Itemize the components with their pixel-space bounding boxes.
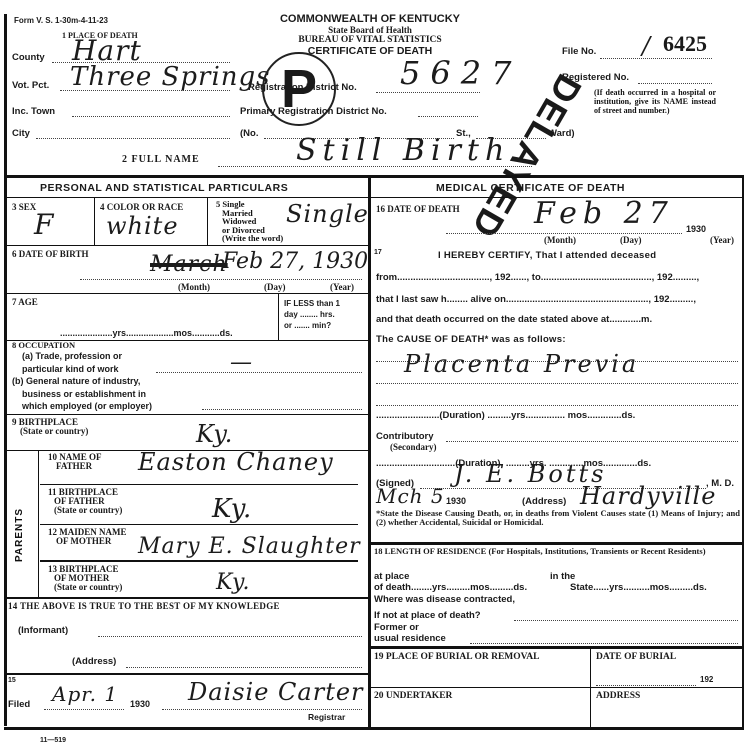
primary-registration-field [418, 115, 478, 117]
filed-label: Filed [8, 699, 30, 710]
alive-on-field: ........................................… [506, 294, 654, 305]
filed-date-field [44, 708, 124, 710]
if-not-label: If not at place of death? [374, 610, 481, 621]
row-rule-1 [7, 245, 368, 246]
burial-date-label: DATE OF BURIAL [596, 652, 676, 662]
birthplace-value: Ky. [196, 420, 233, 448]
signed-year: 1930 [446, 496, 466, 506]
sex-value: F [34, 208, 54, 241]
color-label: 4 COLOR OR RACE [100, 202, 183, 212]
age-mos-label: mos. [174, 328, 195, 338]
duration-label-1: (Duration) [439, 410, 484, 421]
undertaker-address-label: ADDRESS [596, 691, 640, 701]
certify-text: I HEREBY CERTIFY, That I attended deceas… [438, 250, 656, 261]
footer-code: 11—519 [40, 737, 66, 744]
dob-value: Feb 27, 1930 [222, 249, 368, 274]
medical-address-value: Hardyville [580, 482, 716, 510]
county-label: County [12, 52, 45, 63]
registrar-name: Daisie Carter [188, 678, 364, 706]
from-field: ..................................., [397, 272, 495, 283]
residence-bottom-rule [371, 646, 742, 649]
mother-name-label-2: OF MOTHER [48, 537, 127, 546]
commonwealth-title: COMMONWEALTH OF KENTUCKY [240, 13, 500, 25]
right-border [742, 175, 744, 730]
informant-address-label: (Address) [72, 656, 116, 667]
occurred-row: and that death occurred on the date stat… [376, 314, 652, 325]
burial-year: 192 [700, 675, 713, 684]
marital-label-write: (Write the word) [216, 234, 283, 243]
left-border [4, 14, 7, 726]
age-divider [278, 294, 279, 340]
dob-month-label: (Month) [178, 282, 210, 292]
file-no-value: 6425 [663, 31, 707, 57]
burial-date-field [596, 684, 696, 686]
state-row: State......yrs..........mos.........ds. [570, 582, 707, 593]
medical-bottom-rule [371, 542, 742, 545]
alive-year-field: ........., [670, 294, 696, 305]
sex-label: 3 SEX [12, 202, 36, 212]
medical-address-label: (Address) [522, 496, 566, 507]
mother-birthplace-label: 13 BIRTHPLACE OF MOTHER (State or countr… [48, 565, 122, 592]
last-saw-label: that I last saw h [376, 294, 447, 305]
occurred-time-field: ............ [609, 314, 641, 325]
contributory-field [446, 440, 738, 442]
date-of-death-value: Feb 27 [534, 196, 674, 231]
age-label: 7 AGE [12, 297, 38, 307]
duration-ds-label-2: ds. [637, 458, 651, 469]
p-stamp: P [262, 52, 336, 126]
duration-field-1: ........................ [376, 410, 439, 421]
bureau-title: BUREAU OF VITAL STATISTICS [240, 35, 500, 45]
from-label: from [376, 272, 397, 283]
cause-field-3 [376, 404, 738, 406]
father-name-label: 10 NAME OF FATHER [48, 453, 102, 471]
age-ds-field: .......... [195, 328, 220, 338]
duration-field-2: .............................. [376, 458, 455, 469]
duration-row-1: ........................(Duration) .....… [376, 410, 635, 421]
full-name-value: Still Birth [296, 133, 510, 168]
occupation-a-field [156, 371, 362, 373]
filed-number: 15 [8, 677, 16, 684]
duration-mos-field-1: .............. [528, 410, 568, 421]
duration-ds-field-2: ............ [606, 458, 638, 469]
last-saw-row: that I last saw h........ alive on......… [376, 294, 696, 305]
marital-value: Single [286, 200, 369, 228]
occupation-a-line-2: particular kind of work [12, 363, 152, 376]
from-year: 192 [495, 272, 511, 283]
from-year-field: ......, [511, 272, 532, 283]
city-field [36, 137, 230, 139]
duration-yrs-label-1: yrs. [511, 410, 528, 421]
informant-address-field [126, 666, 362, 668]
mother-name-label: 12 MAIDEN NAME OF MOTHER [48, 528, 127, 546]
vot-pct-value: Three Springs [70, 62, 270, 92]
occurred-label: and that death occurred on the date stat… [376, 314, 609, 325]
parents-label: PARENTS [14, 508, 25, 562]
form-number: Form V. S. 1-30m-4-11-23 [14, 16, 108, 25]
dob-label: 6 DATE OF BIRTH [12, 249, 88, 259]
age-mos-field: .................. [129, 328, 174, 338]
death-year-label: (Year) [710, 235, 734, 245]
date-of-death-field [446, 232, 682, 234]
no-label: (No. [240, 128, 258, 139]
burial-place-label: 19 PLACE OF BURIAL OR REMOVAL [374, 652, 539, 662]
where-contracted-label: Where was disease contracted, [374, 594, 515, 605]
less-than-label-2: day ........ hrs. [284, 309, 340, 320]
former-label: Former or [374, 622, 419, 633]
duration-yrs-field-1: ......... [485, 410, 511, 421]
inc-town-field [72, 115, 230, 117]
mother-birthplace-label-3: (State or country) [48, 583, 122, 592]
burial-mid-rule [371, 687, 742, 688]
occupation-block: (a) Trade, profession or particular kind… [12, 350, 152, 413]
occupation-b-line-3: which employed (or employer) [12, 400, 152, 413]
hospital-note: (If death occurred in a hospital or inst… [594, 88, 716, 115]
usual-residence-field [470, 642, 738, 644]
attended-from-row: from...................................,… [376, 272, 699, 283]
file-no-field [600, 57, 712, 59]
file-no-check: / [642, 32, 651, 60]
row-rule-4 [7, 414, 368, 415]
cause-field-2 [376, 382, 738, 384]
less-than-label-1: IF LESS than 1 [284, 298, 340, 309]
in-the-label: in the [550, 571, 575, 582]
mother-name-value: Mary E. Slaughter [138, 534, 361, 559]
contributory-label: Contributory [376, 431, 434, 442]
informant-bottom-rule [7, 673, 368, 675]
occupation-a-line-1: (a) Trade, profession or [12, 350, 152, 363]
to-label: to [532, 272, 541, 283]
father-name-value: Easton Chaney [138, 448, 334, 476]
father-birthplace-value: Ky. [212, 494, 252, 524]
occupation-label: 8 OCCUPATION [12, 340, 75, 350]
last-saw-field: ........ [447, 294, 471, 305]
dob-day-label: (Day) [264, 282, 286, 292]
informant-statement: 14 THE ABOVE IS TRUE TO THE BEST OF MY K… [8, 601, 280, 611]
usual-residence-label: usual residence [374, 633, 446, 644]
alive-on-label: alive on [471, 294, 506, 305]
at-place-label: at place [374, 571, 409, 582]
color-value: white [106, 212, 179, 240]
occupation-b-line-2: business or establishment in [12, 388, 152, 401]
death-day-label: (Day) [620, 235, 642, 245]
registrar-field [162, 708, 362, 710]
alive-year: 192 [654, 294, 670, 305]
to-field: ........................................… [541, 272, 657, 283]
age-yrs-label: yrs. [113, 328, 129, 338]
row-rule-2 [7, 293, 368, 294]
parents-rule-1 [40, 484, 358, 485]
filed-year: 1930 [130, 699, 150, 709]
to-year: 192 [657, 272, 673, 283]
date-of-death-year: 1930 [686, 224, 706, 234]
parents-divider [38, 451, 39, 597]
if-not-field [514, 619, 738, 621]
occupation-value: — [230, 350, 253, 375]
occupation-b-line-1: (b) General nature of industry, [12, 375, 152, 388]
state-board: State Board of Health [240, 25, 500, 35]
cause-value: Placenta Previa [404, 350, 639, 378]
dob-struck: March [150, 252, 228, 277]
father-birthplace-label: 11 BIRTHPLACE OF FATHER (State or countr… [48, 488, 122, 515]
header-divider [4, 175, 744, 178]
age-yrs-field: ..................... [60, 328, 113, 338]
residence-label: 18 LENGTH OF RESIDENCE (For Hospitals, I… [374, 546, 740, 557]
of-death-row: of death........yrs.........mos.........… [374, 582, 527, 593]
parents-rule-2 [40, 524, 358, 525]
duration-ds-field-1: ............ [590, 410, 622, 421]
parents-bottom-rule [7, 597, 368, 599]
dob-field [80, 278, 362, 280]
bottom-rule [4, 727, 744, 730]
color-divider [207, 198, 208, 245]
cause-label: The CAUSE OF DEATH* was as follows: [376, 334, 566, 345]
father-name-label-2: FATHER [48, 462, 102, 471]
to-year-field: ........., [673, 272, 699, 283]
registration-district-value: 5627 [400, 54, 521, 92]
dob-year-label: (Year) [330, 282, 354, 292]
duration-ds-label-1: ds. [622, 410, 636, 421]
header-block: COMMONWEALTH OF KENTUCKY State Board of … [240, 13, 500, 57]
informant-label: (Informant) [18, 625, 68, 636]
medical-title: MEDICAL CERTIFICATE OF DEATH [436, 182, 625, 194]
m-label: m. [641, 314, 652, 325]
parents-rule-3 [40, 560, 358, 562]
secondary-label: (Secondary) [390, 442, 437, 452]
undertaker-label: 20 UNDERTAKER [374, 691, 452, 701]
age-fields: .....................yrs................… [60, 328, 233, 338]
registered-no-field [638, 82, 712, 84]
file-no-label: File No. [562, 46, 596, 57]
signed-date: Mch 5 [376, 484, 445, 508]
less-than-block: IF LESS than 1 day ........ hrs. or ....… [284, 298, 340, 331]
registrar-label: Registrar [308, 712, 345, 722]
filed-date: Apr. 1 [52, 682, 118, 706]
birthplace-sub: (State or country) [20, 426, 88, 436]
death-month-label: (Month) [544, 235, 576, 245]
age-ds-label: ds. [220, 328, 233, 338]
informant-field [98, 635, 362, 637]
personal-title: PERSONAL AND STATISTICAL PARTICULARS [40, 182, 288, 194]
sex-divider [94, 198, 95, 245]
father-birthplace-label-3: (State or country) [48, 506, 122, 515]
vot-pct-label: Vot. Pct. [12, 80, 49, 91]
city-label: City [12, 128, 30, 139]
cause-footnote: *State the Disease Causing Death, or, in… [376, 509, 740, 527]
mother-birthplace-value: Ky. [216, 570, 251, 595]
full-name-label: 2 FULL NAME [122, 154, 200, 165]
marital-labels: 5 Single Married Widowed or Divorced (Wr… [216, 200, 283, 243]
personal-title-rule [7, 197, 368, 198]
date-of-death-label: 16 DATE OF DEATH [376, 204, 460, 214]
duration-mos-label-1: mos. [568, 410, 590, 421]
occupation-b-field [202, 408, 362, 410]
inc-town-label: Inc. Town [12, 106, 55, 117]
certify-number: 17 [374, 249, 382, 256]
less-than-label-3: or ....... min? [284, 320, 340, 331]
